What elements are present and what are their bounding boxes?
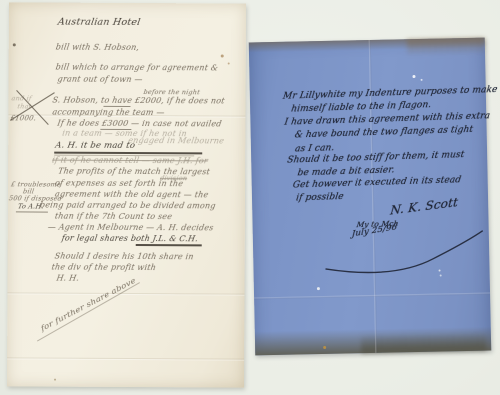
body-line: grant out of town — — [57, 75, 144, 84]
diagonal-note-flourish — [37, 282, 140, 341]
paper-spot — [412, 75, 415, 78]
salutation-line: bill with S. Hobson, — [55, 43, 140, 52]
body-line: the div of the profit with — [51, 263, 157, 273]
paper-spot — [440, 275, 442, 277]
photo-of-two-letters: Australian Hotel bill with S. Hobson, bi… — [0, 0, 500, 395]
amount-underline — [103, 106, 130, 107]
body-line: bill which to arrange for agreement & — [55, 63, 219, 73]
body-line: S. Hobson, to have £2000, if he does not — [52, 96, 226, 106]
paper-spot — [323, 346, 326, 349]
fold-crease — [7, 292, 244, 294]
paper-spot — [421, 79, 423, 81]
foxing-spot — [54, 379, 56, 381]
body-line: being paid arranged to be divided among — [39, 201, 216, 211]
body-line: for legal shares both J.L. & C.H. — [61, 234, 199, 244]
interline-note: before the night — [143, 88, 201, 96]
diagonal-docket-note: for further share above — [40, 276, 137, 333]
foxing-spot — [13, 43, 16, 46]
body-line: H. H. — [56, 274, 80, 283]
margin-note: £ troublesome — [10, 180, 61, 188]
body-line: engaged in Melbourne — [128, 136, 225, 145]
foxing-spot — [228, 63, 230, 65]
paper-spot — [317, 287, 320, 290]
body-line: — Agent in Melbourne — A. H. decides — [47, 223, 214, 233]
paper-spot — [439, 270, 441, 272]
body-line: than if the 7th Count to see — [54, 212, 173, 222]
left-manuscript-page: Australian Hotel bill with S. Hobson, bi… — [7, 2, 246, 387]
struck-interline-note: division — [159, 174, 187, 182]
right-blue-letter-page: Mr Lillywhite my Indenture purposes to m… — [249, 38, 492, 356]
fold-crease — [7, 357, 244, 359]
foxing-spot — [221, 54, 224, 57]
body-line: agreement with the old agent — the — [54, 190, 209, 200]
margin-note: 500 if disposed — [8, 194, 62, 202]
letter-heading: Australian Hotel — [57, 17, 141, 28]
body-line: If he does £3000 — in case not availed — [57, 119, 223, 129]
body-line: accompanying the team — — [52, 108, 166, 118]
signature-flourish — [249, 38, 492, 356]
body-line: Should I desire his 10th share in — [54, 252, 195, 262]
initials-underline — [136, 244, 202, 246]
crossed-out-x-mark — [8, 88, 58, 126]
margin-note: To A.H. — [17, 202, 44, 210]
margin-underline — [16, 211, 48, 212]
struck-out-line: if it of he cannot tell — same J.H. for — [51, 156, 208, 166]
body-line-emphasized: A. H. it be mad to — [54, 141, 135, 151]
